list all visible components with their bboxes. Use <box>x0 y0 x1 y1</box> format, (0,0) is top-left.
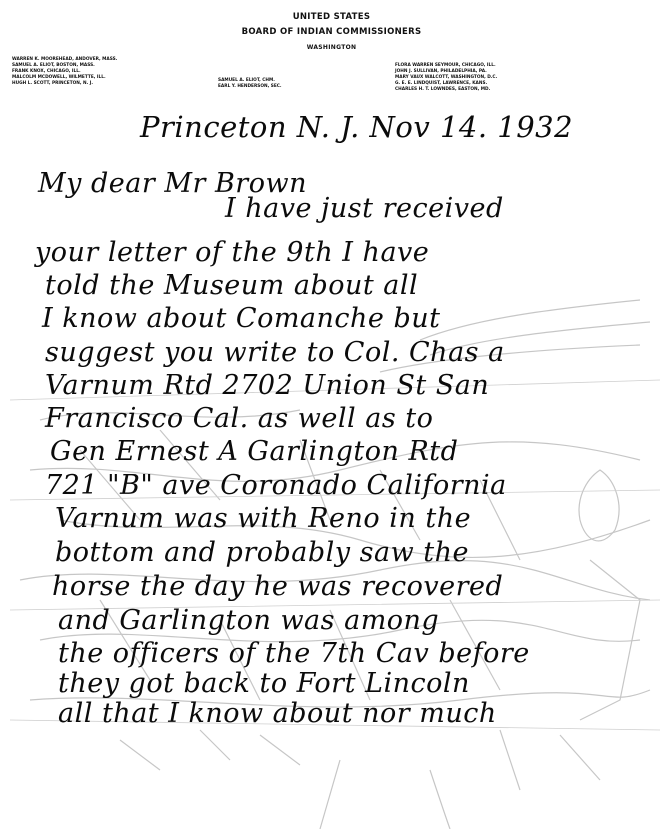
member-name: Hugh L. Scott, Princeton, N. J. <box>12 81 117 87</box>
letterhead-title-united-states: UNITED STATES <box>0 12 663 22</box>
letter-line: all that I know about nor much <box>58 698 497 729</box>
letterhead-members-left: Warren K. Moorehead, Andover, Mass. Samu… <box>12 57 117 87</box>
letter-line: your letter of the 9th I have <box>35 237 429 268</box>
letterhead-title-washington: WASHINGTON <box>0 44 663 51</box>
letter-line: Francisco Cal. as well as to <box>45 403 433 434</box>
member-name: Earl Y. Henderson, Sec. <box>218 84 282 90</box>
letter-line: 721 "B" ave Coronado California <box>45 470 507 501</box>
letter-line: told the Museum about all <box>45 270 418 301</box>
letter-line: horse the day he was recovered <box>52 571 503 602</box>
letterhead-members-right: Flora Warren Seymour, Chicago, Ill. John… <box>395 63 497 93</box>
letter-line: the officers of the 7th Cav before <box>58 638 530 669</box>
letter-line: I have just received <box>225 193 504 224</box>
letter-line: they got back to Fort Lincoln <box>58 668 470 699</box>
letter-line: and Garlington was among <box>58 605 439 636</box>
letter-line: Varnum was with Reno in the <box>55 503 471 534</box>
letter-line: Varnum Rtd 2702 Union St San <box>45 370 489 401</box>
letterhead-title-board: BOARD OF INDIAN COMMISSIONERS <box>0 27 663 37</box>
letter-line: suggest you write to Col. Chas a <box>45 337 505 368</box>
letter-line: bottom and probably saw the <box>55 537 469 568</box>
letter-line: I know about Comanche but <box>42 303 441 334</box>
letter-place-date: Princeton N. J. Nov 14. 1932 <box>140 110 573 144</box>
member-name: Charles H. T. Lowndes, Easton, Md. <box>395 87 497 93</box>
letter-line: Gen Ernest A Garlington Rtd <box>50 436 458 467</box>
letterhead-members-center: Samuel A. Eliot, Chm. Earl Y. Henderson,… <box>218 78 282 90</box>
